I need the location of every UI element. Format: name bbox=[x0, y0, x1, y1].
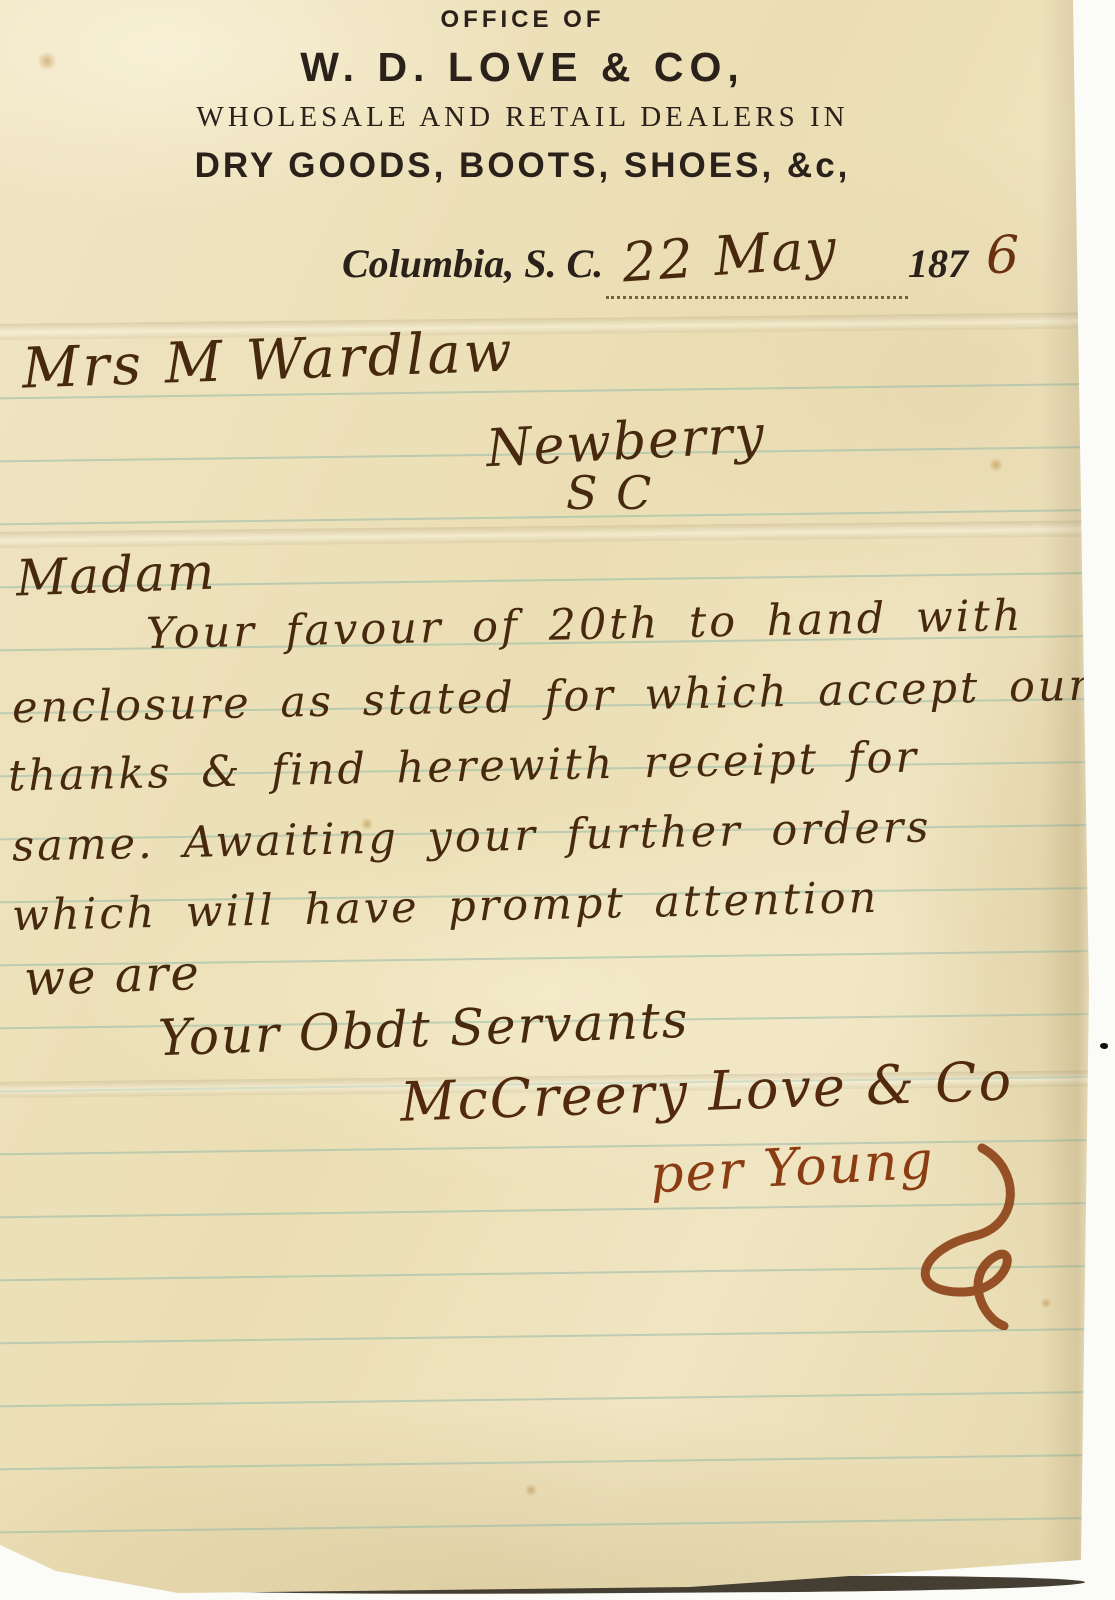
paper-curl-shading bbox=[1041, 0, 1093, 1600]
letterhead-office-of: OFFICE OF bbox=[0, 6, 1045, 34]
dateline-dotted-rule bbox=[606, 296, 908, 299]
signature-company: McCreery Love & Co bbox=[399, 1049, 1014, 1133]
closing-servants: Your Obdt Servants bbox=[157, 991, 690, 1068]
letter-paper: OFFICE OF W. D. LOVE & CO, WHOLESALE AND… bbox=[0, 0, 1115, 1600]
scan-speck bbox=[1100, 1043, 1108, 1049]
dateline-day-month-handwritten: 22 May bbox=[620, 217, 840, 295]
letterhead-goods-line: DRY GOODS, BOOTS, SHOES, &c, bbox=[0, 146, 1045, 186]
body-line: which will have prompt attention bbox=[12, 873, 880, 941]
letterhead-dealers-line: WHOLESALE AND RETAIL DEALERS IN bbox=[0, 101, 1045, 134]
stain bbox=[988, 458, 1004, 472]
stain bbox=[524, 1484, 538, 1496]
dateline-year-printed: 187 bbox=[908, 240, 968, 287]
body-line: thanks & find herewith receipt for bbox=[8, 732, 920, 801]
scanned-letter: OFFICE OF W. D. LOVE & CO, WHOLESALE AND… bbox=[0, 0, 1115, 1600]
letterhead-company-name: W. D. LOVE & CO, bbox=[0, 44, 1045, 91]
body-line: same. Awaiting your further orders bbox=[12, 802, 932, 871]
closing-we-are: we are bbox=[23, 945, 202, 1007]
salutation: Madam bbox=[15, 543, 217, 608]
body-line: enclosure as stated for which accept our bbox=[12, 661, 1093, 734]
dateline-year-digit-handwritten: 6 bbox=[986, 226, 1021, 286]
dateline-city-printed: Columbia, S. C. bbox=[342, 240, 603, 287]
body-line: Your favour of 20th to hand with bbox=[146, 591, 1024, 659]
recipient-state: S C bbox=[566, 466, 653, 520]
signature-flourish bbox=[862, 1140, 1062, 1330]
